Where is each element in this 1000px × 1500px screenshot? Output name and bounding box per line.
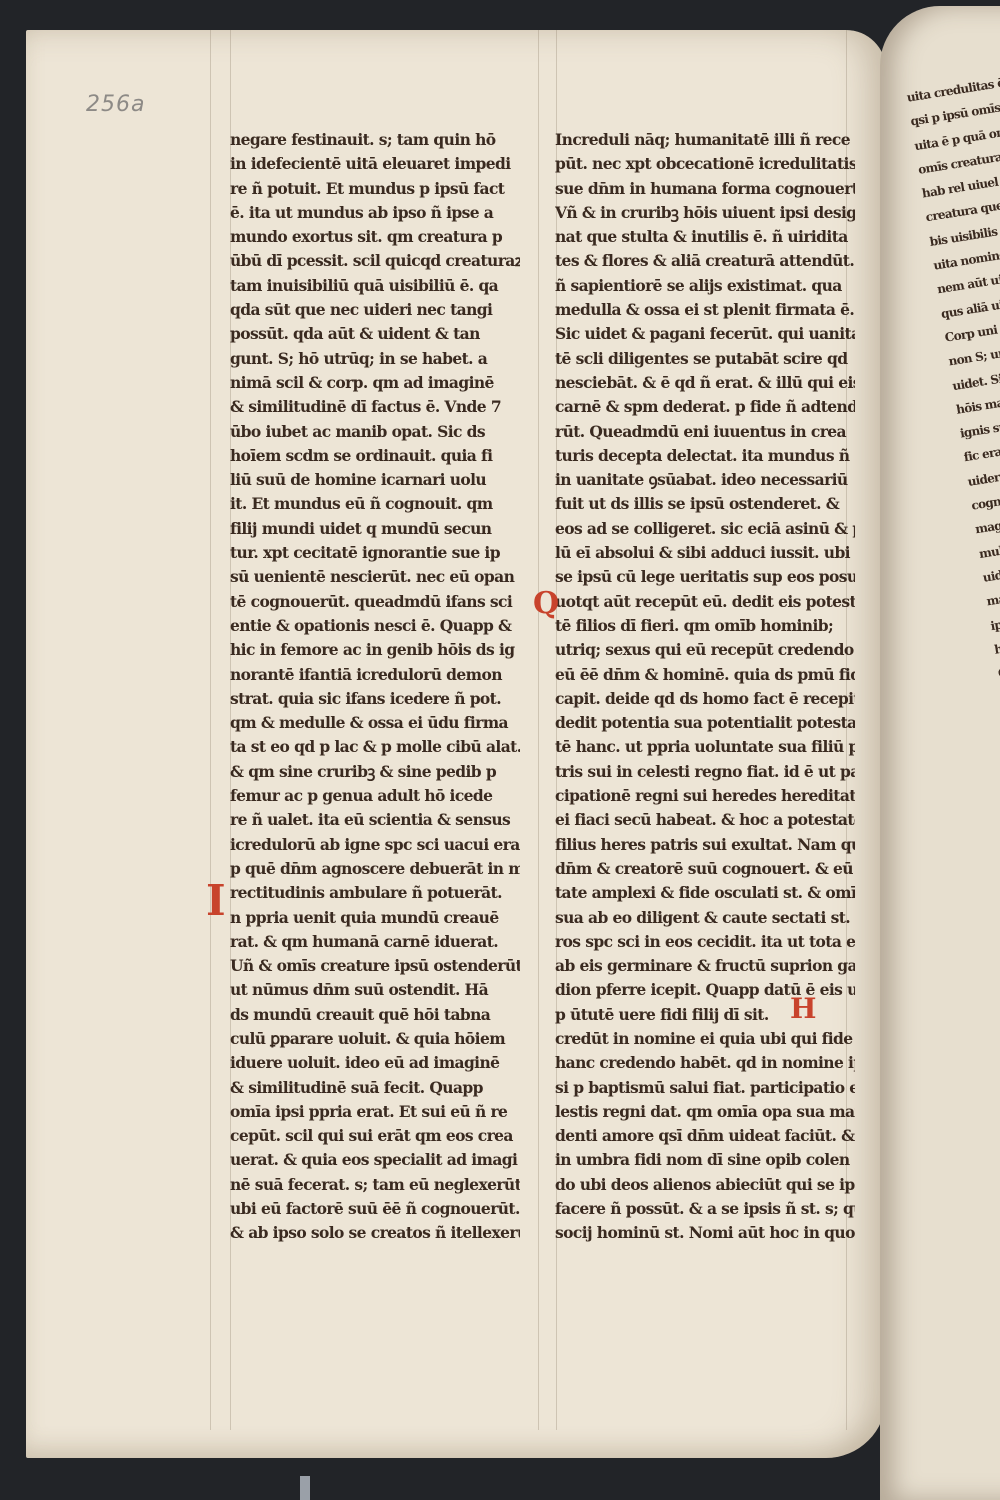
text-line: tē hanc. ut ppria uoluntate sua filiū p	[555, 735, 855, 759]
text-line: & similitudinē dī factus ē. Vnde 7	[230, 395, 520, 419]
text-line: uerat. & quia eos specialit ad imagi	[230, 1148, 520, 1172]
text-line: ubi eū factorē suū ēē ñ cognouerūt.	[230, 1197, 520, 1221]
rubricated-initial-i: I	[206, 876, 226, 925]
text-line: facere ñ possūt. & a se ipsis ñ st. s; q…	[555, 1197, 855, 1221]
text-line: filius heres patris sui exultat. Nam qui…	[555, 833, 855, 857]
text-line: culū ꝑparare uoluit. & quia hōiem	[230, 1027, 520, 1051]
text-line: tate amplexi & fide osculati st. & omīa	[555, 881, 855, 905]
text-line: capit. deide qd ds homo fact ē recepit.	[555, 687, 855, 711]
text-line: & ab ipso solo se creatos ñ itellexerūt.	[230, 1221, 520, 1245]
text-line: rectitudinis ambulare ñ potuerāt.	[230, 881, 520, 905]
text-line: Sic uidet & pagani fecerūt. qui uanita	[555, 322, 855, 346]
rubricated-initial-q: Q	[533, 586, 559, 621]
text-line: qda sūt que nec uideri nec tangi	[230, 298, 520, 322]
text-line: utriq; sexus qui eū recepūt credendo	[555, 638, 855, 662]
text-line: do ubi deos alienos abieciūt qui se ipso…	[555, 1173, 855, 1197]
text-line: femur ac p genua adult hō icede	[230, 784, 520, 808]
text-line: uotqt aūt recepūt eū. dedit eis potesta	[555, 590, 855, 614]
text-line: ñ sapientiorē se alijs existimat. qua	[555, 274, 855, 298]
text-line: n ppria uenit quia mundū creauē	[230, 906, 520, 930]
text-line: tur. xpt cecitatē ignorantie sue ip	[230, 541, 520, 565]
text-line: tam inuisibiliū quā uisibiliū ē. qa	[230, 274, 520, 298]
text-line: se ipsū cū lege ueritatis sup eos posuit…	[555, 565, 855, 589]
text-line: cipationē regni sui heredes hereditati	[555, 784, 855, 808]
text-line: sue dn̄m in humana forma cognouert.	[555, 177, 855, 201]
text-line: entie & opationis nesci ē. Quapp &	[230, 614, 520, 638]
text-line: in umbra fidi nom dī sine opib colen	[555, 1148, 855, 1172]
text-line: qm & medulle & ossa ei ūdu firma	[230, 711, 520, 735]
text-line: omīa ipsi ppria erat. Et sui eū ñ re	[230, 1100, 520, 1124]
ruling-line	[538, 30, 539, 1430]
text-column-a: negare festinauit. s; tam quin hōin idef…	[230, 128, 520, 1246]
page-tab-marker	[300, 1476, 310, 1500]
text-column-c: uita credulitas ē. tale ē qd inqsi p ips…	[905, 55, 1000, 1094]
text-line: in uanitate ꝯsūabat. ideo necessariū	[555, 468, 855, 492]
text-line: strat. quia sic ifans icedere ñ pot.	[230, 687, 520, 711]
text-line: ds mundū creauit quē hōi tabna	[230, 1003, 520, 1027]
text-line: medulla & ossa ei st plenit firmata ē.	[555, 298, 855, 322]
text-line: icredulorū ab igne spc sci uacui erat	[230, 833, 520, 857]
text-line: dedit potentia sua potentialit potesta	[555, 711, 855, 735]
text-line: Vñ & in cruribꝫ hōis uiuent ipsi desig	[555, 201, 855, 225]
text-line: filij mundi uidet q mundū secun	[230, 517, 520, 541]
folio-number: 256a	[86, 92, 145, 117]
text-line: sū uenientē nescierūt. nec eū opan	[230, 565, 520, 589]
text-line: norantē ifantiā icredulorū demon	[230, 663, 520, 687]
text-line: in idefecientē uitā eleuaret impedi	[230, 152, 520, 176]
text-line: nimā scil & corp. qm ad imaginē	[230, 371, 520, 395]
text-line: tē cognouerūt. queadmdū ifans sci	[230, 590, 520, 614]
text-line: Uñ & omīs creature ipsū ostenderūt.	[230, 954, 520, 978]
text-line: re ñ ualet. ita eū scientia & sensus	[230, 808, 520, 832]
text-line: dn̄m & creatorē suū cognouert. & eū cari	[555, 857, 855, 881]
text-line: iduere uoluit. ideo eū ad imaginē	[230, 1051, 520, 1075]
text-line: hoīem scdm se ordinauit. quia fi	[230, 444, 520, 468]
ruling-line	[210, 30, 211, 1430]
rubricated-initial-h: H	[790, 992, 816, 1025]
text-line: ūbo iubet ac manib opat. Sic ds	[230, 420, 520, 444]
text-line: si p baptismū salui fiat. participatio e…	[555, 1076, 855, 1100]
text-line: pūt. nec xpt obcecationē icredulitatis	[555, 152, 855, 176]
text-line: ē. ita ut mundus ab ipso ñ ipse a	[230, 201, 520, 225]
text-line: cepūt. scil qui sui erāt qm eos crea	[230, 1124, 520, 1148]
text-line: negare festinauit. s; tam quin hō	[230, 128, 520, 152]
text-line: re ñ potuit. Et mundus p ipsū fact	[230, 177, 520, 201]
text-line: hanc credendo habēt. qd in nomine ip	[555, 1051, 855, 1075]
text-line: eū ēē dn̄m & hominē. quia ds pmū fide	[555, 663, 855, 687]
text-line: tes & flores & aliā creaturā attendūt. &	[555, 249, 855, 273]
text-line: socij hominū st. Nomi aūt hoc in quo	[555, 1221, 855, 1245]
text-line: carnē & spm dederat. p fide ñ adtende	[555, 395, 855, 419]
text-line: liū suū de homine icarnari uolu	[230, 468, 520, 492]
text-line: rat. & qm humanā carnē iduerat.	[230, 930, 520, 954]
text-line: p quē dn̄m agnoscere debuerāt in ma	[230, 857, 520, 881]
text-line: nat que stulta & inutilis ē. ñ uiridita	[555, 225, 855, 249]
text-line: tē filios dī fieri. qm omīb hominib;	[555, 614, 855, 638]
text-line: sua ab eo diligent & caute sectati st.	[555, 906, 855, 930]
text-line: denti amore qsī dn̄m uideat faciūt. & ñ	[555, 1124, 855, 1148]
manuscript-page-recto: uita credulitas ē. tale ē qd inqsi p ips…	[880, 6, 1000, 1500]
text-line: possūt. qda aūt & uident & tan	[230, 322, 520, 346]
text-line: Increduli nāq; humanitatē illi ñ rece	[555, 128, 855, 152]
text-line: eos ad se colligeret. sic eciā asinū & p…	[555, 517, 855, 541]
text-line: ut nūmus dn̄m suū ostendit. Hā	[230, 978, 520, 1002]
text-line: ros spc sci in eos cecidit. ita ut tota …	[555, 930, 855, 954]
text-line: ūbū dī pcessit. scil quicqd creaturaꝝ	[230, 249, 520, 273]
text-line: it. Et mundus eū ñ cognouit. qm	[230, 492, 520, 516]
text-line: ab eis germinare & fructū suprion gau	[555, 954, 855, 978]
text-line: lū eī absolui & sibi adduci iussit. ubi	[555, 541, 855, 565]
text-line: hic in femore ac in genib hōis ds ig	[230, 638, 520, 662]
text-line: rūt. Queadmdū eni iuuentus in crea	[555, 420, 855, 444]
text-line: & qm sine cruribꝫ & sine pedib p	[230, 760, 520, 784]
text-line: mundo exortus sit. qm creatura p	[230, 225, 520, 249]
text-line: gunt. S; hō utrūq; in se habet. a	[230, 347, 520, 371]
text-line: turis decepta delectat. ita mundus ñ	[555, 444, 855, 468]
text-line: fuit ut ds illis se ipsū ostenderet. &	[555, 492, 855, 516]
text-line: nē suā fecerat. s; tam eū neglexerūt	[230, 1173, 520, 1197]
text-column-b: Increduli nāq; humanitatē illi ñ recepūt…	[555, 128, 855, 1246]
text-line: ta st eo qd p lac & p molle cibū alat.	[230, 735, 520, 759]
text-line: lestis regni dat. qm omīa opa sua mar	[555, 1100, 855, 1124]
text-line: nesciebāt. & ē qd ñ erat. & illū qui eis	[555, 371, 855, 395]
text-line: tē scli diligentes se putabāt scire qd	[555, 347, 855, 371]
text-line: tris sui in celesti regno fiat. id ē ut …	[555, 760, 855, 784]
text-line: credūt in nomine ei quia ubi qui fide	[555, 1027, 855, 1051]
text-line: ei fiaci secū habeat. & hoc a potestate …	[555, 808, 855, 832]
text-line: & similitudinē suā fecit. Quapp	[230, 1076, 520, 1100]
